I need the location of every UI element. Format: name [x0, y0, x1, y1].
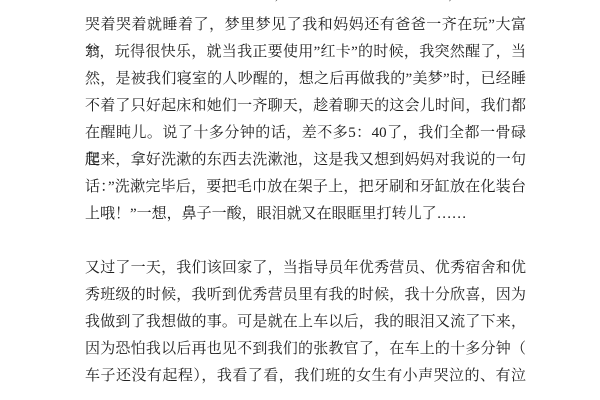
text-line: 秀班级的时候，我听到优秀营员里有我的时候，我十分欣喜，因为 [85, 282, 526, 309]
text-line: 话：”洗漱完毕后，要把毛巾放在架子上，把牙刷和牙缸放在化装台 [85, 174, 526, 201]
text-line: 然，是被我们寝室的人吵醒的，想之后再做我的”美梦”时，已经睡 [85, 66, 526, 93]
text-line: 我做到了我想做的事。可是就在上车以后，我的眼泪又流了下来， [85, 309, 526, 336]
text-line: 不着了只好起床和她们一齐聊天，趁着聊天的这会儿时间，我们都 [85, 93, 526, 120]
essay-paragraphs: 哭着哭着就睡着了，梦里梦见了我和妈妈还有爸爸一齐在玩”大富翁7”，玩得很快乐，就… [85, 12, 526, 390]
text-line: 在醒盹儿。说了十多分钟的话，差不多5：40了，我们全都一骨碌爬 [85, 120, 526, 147]
text-line: 因为恐怕我以后再也见不到我们的张教官了，在车上的十多分钟（ [85, 336, 526, 363]
paragraph: 又过了一天，我们该回家了，当指导员年优秀营员、优秀宿舍和优秀班级的时候，我听到优… [85, 255, 526, 390]
essay-body: 训练结束后我们回到了宿舍，我躺在床上想起了妈妈，不知不觉 哭着哭着就睡着了，梦里… [85, 0, 526, 390]
text-line: 又过了一天，我们该回家了，当指导员年优秀营员、优秀宿舍和优 [85, 255, 526, 282]
document-page: 训练结束后我们回到了宿舍，我躺在床上想起了妈妈，不知不觉 哭着哭着就睡着了，梦里… [0, 0, 600, 400]
paragraph: 哭着哭着就睡着了，梦里梦见了我和妈妈还有爸爸一齐在玩”大富翁7”，玩得很快乐，就… [85, 12, 526, 228]
text-line-clipped: 训练结束后我们回到了宿舍，我躺在床上想起了妈妈，不知不觉 [85, 0, 526, 8]
clipped-top-line: 训练结束后我们回到了宿舍，我躺在床上想起了妈妈，不知不觉 [85, 0, 526, 8]
text-line: 7”，玩得很快乐，就当我正要使用”红卡”的时候，我突然醒了，当 [85, 39, 526, 66]
text-line: 起来，拿好洗漱的东西去洗漱池，这是我又想到妈妈对我说的一句 [85, 147, 526, 174]
text-line: 哭着哭着就睡着了，梦里梦见了我和妈妈还有爸爸一齐在玩”大富翁 [85, 12, 526, 39]
text-line: 车子还没有起程），我看了看，我们班的女生有小声哭泣的、有泣 [85, 363, 526, 390]
text-line: 上哦！”一想，鼻子一酸，眼泪就又在眼眶里打转儿了…… [85, 201, 526, 228]
